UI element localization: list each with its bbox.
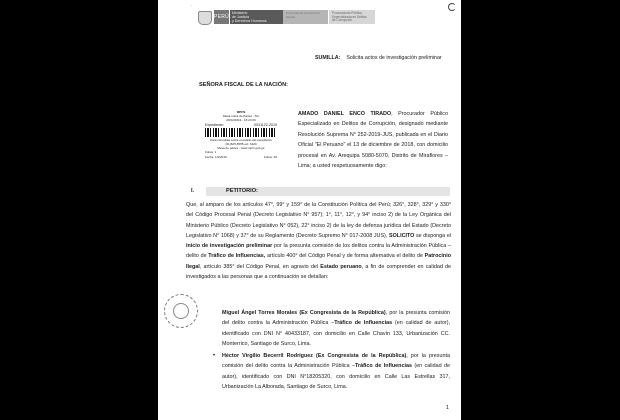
official-seal-icon [164, 294, 198, 328]
sumilla-label: SUMILLA: [315, 55, 340, 61]
person-name: Miguel Ángel Torres Morales (Ex Congresi… [222, 310, 386, 316]
document-page: ˎ PERÚ Ministerio de Justicia y Derechos… [158, 0, 461, 420]
sumilla: SUMILLA:Solicita actos de investigación … [315, 55, 442, 61]
person-name: Héctor Virgilio Becerril Rodríguez (Ex C… [222, 353, 406, 359]
section-heading: I. PETITORIO: [188, 187, 450, 196]
bullet-icon: • [213, 351, 215, 361]
list-item: • Héctor Virgilio Becerril Rodríguez (Ex… [222, 351, 450, 392]
coat-of-arms-icon [198, 11, 212, 25]
country-label: PERÚ [214, 10, 229, 24]
petitorio-paragraph: Que, al amparo de los artículos 47°, 99°… [186, 200, 451, 282]
scan-mark: ˎ [191, 1, 193, 7]
list-item: Miguel Ángel Torres Morales (Ex Congresi… [222, 308, 450, 349]
procuraduria-general-block: Procuraduría General del Estado [283, 10, 328, 24]
handwritten-mark-icon [448, 3, 456, 11]
sumilla-text: Solicita actos de investigación prelimin… [346, 55, 441, 61]
letterhead: PERÚ Ministerio de Justicia y Derechos H… [198, 10, 375, 24]
barcode [205, 128, 277, 137]
addressee: SEÑORA FISCAL DE LA NACIÓN: [199, 82, 288, 88]
intro-paragraph: AMADO DANIEL ENCO TIRADO, Procurador Púb… [298, 109, 448, 171]
reception-stamp: MPFN Mesa única de Partes - SG 28/12/201… [205, 110, 277, 174]
procurador-name: AMADO DANIEL ENCO TIRADO [298, 111, 391, 117]
procuraduria-block: Procuraduría Pública Especializada en De… [329, 10, 375, 24]
page-number: 1 [446, 405, 449, 411]
ministry-block: Ministerio de Justicia y Derechos Humano… [230, 10, 283, 24]
